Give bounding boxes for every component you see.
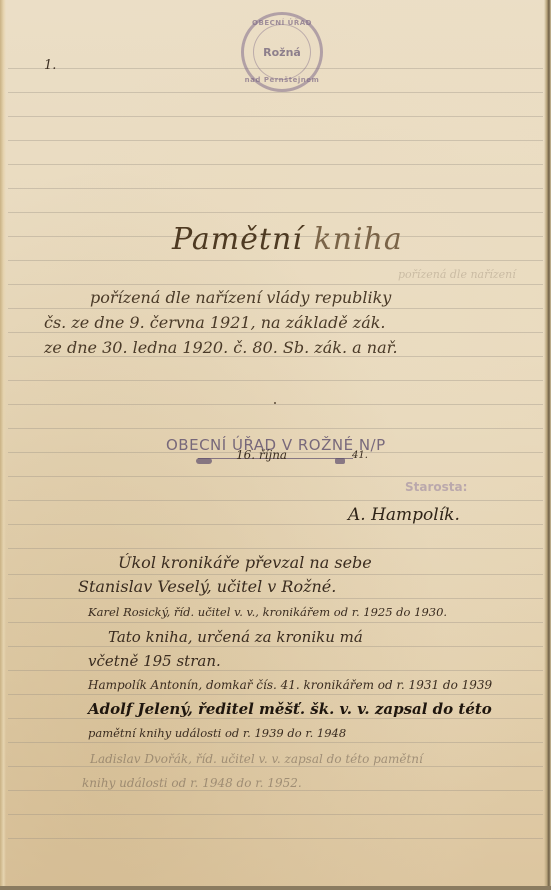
ruled-line (8, 428, 543, 429)
entry-line: Tato kniha, určená za kroniku má (108, 628, 363, 646)
entry-line: pamětní knihy události od r. 1939 do r. … (88, 726, 346, 740)
ruled-line (8, 646, 543, 647)
ruled-line (8, 212, 543, 213)
ruled-line (8, 670, 543, 671)
ruled-line (8, 380, 543, 381)
paper-right-edge (544, 0, 551, 890)
round-stamp-top-text: OBECNÍ ÚŘAD (244, 19, 320, 27)
ruled-line (8, 838, 543, 839)
subtitle-line: ze dne 30. ledna 1920. č. 80. Sb. zák. a… (44, 335, 514, 360)
ruled-line (8, 116, 543, 117)
entry-line: Ladislav Dvořák, říd. učitel v. v. zapsa… (90, 752, 423, 766)
ruled-line (8, 500, 543, 501)
entry-line: včetně 195 stran. (88, 652, 221, 670)
entry-line: Adolf Jelený, ředitel měšť. šk. v. v. za… (88, 700, 492, 718)
ink-dot (274, 402, 276, 404)
ruled-line (8, 622, 543, 623)
ruled-line (8, 814, 543, 815)
stamp-date: 16. října (236, 448, 287, 462)
title-word-2: kniha (313, 222, 402, 257)
entry-line: knihy události od r. 1948 do r. 1952. (82, 776, 302, 790)
subtitle-block: pořízená dle nařízení vlády republiky čs… (44, 285, 514, 360)
stamp-ink-blob (335, 458, 345, 464)
round-stamp-bottom-text: nad Pernštejnem (244, 76, 320, 84)
mayor-label: Starosta: (405, 480, 467, 494)
ruled-line (8, 404, 543, 405)
mayor-signature: A. Hampolík. (348, 505, 460, 525)
entry-line: Hampolík Antonín, domkař čís. 41. kronik… (88, 678, 492, 692)
stamp-year: 41. (352, 450, 368, 461)
ruled-line (8, 140, 543, 141)
paper-bottom-edge (0, 886, 551, 890)
ruled-line (8, 476, 543, 477)
ruled-line (8, 694, 543, 695)
page-number: 1. (44, 58, 56, 73)
round-stamp: OBECNÍ ÚŘAD Rožná nad Pernštejnem (241, 12, 323, 92)
ruled-line (8, 164, 543, 165)
subtitle-line: čs. ze dne 9. června 1921, na základě zá… (44, 310, 514, 335)
ruled-line (8, 742, 543, 743)
ruled-line (8, 92, 543, 93)
ruled-line (8, 766, 543, 767)
ruled-line (8, 598, 543, 599)
ruled-line (8, 790, 543, 791)
title-word-1: Pamětní (172, 222, 303, 257)
subtitle-line: pořízená dle nařízení vlády republiky (44, 285, 514, 310)
page-title: Pamětní kniha (172, 222, 403, 257)
paper-left-edge (0, 0, 6, 890)
chronicle-page: 1. OBECNÍ ÚŘAD Rožná nad Pernštejnem Pam… (0, 0, 551, 890)
bleed-through-text: pořízená dle nařízení (398, 268, 516, 281)
ruled-line (8, 548, 543, 549)
entry-line: Úkol kronikáře převzal na sebe (118, 553, 372, 572)
ruled-line (8, 524, 543, 525)
ruled-line (8, 718, 543, 719)
entry-line: Stanislav Veselý, učitel v Rožné. (78, 577, 336, 596)
ruled-line (8, 260, 543, 261)
entry-line: Karel Rosický, říd. učitel v. v., kronik… (88, 605, 447, 619)
round-stamp-center-text: Rožná (263, 46, 301, 59)
ruled-line (8, 188, 543, 189)
ruled-line (8, 574, 543, 575)
